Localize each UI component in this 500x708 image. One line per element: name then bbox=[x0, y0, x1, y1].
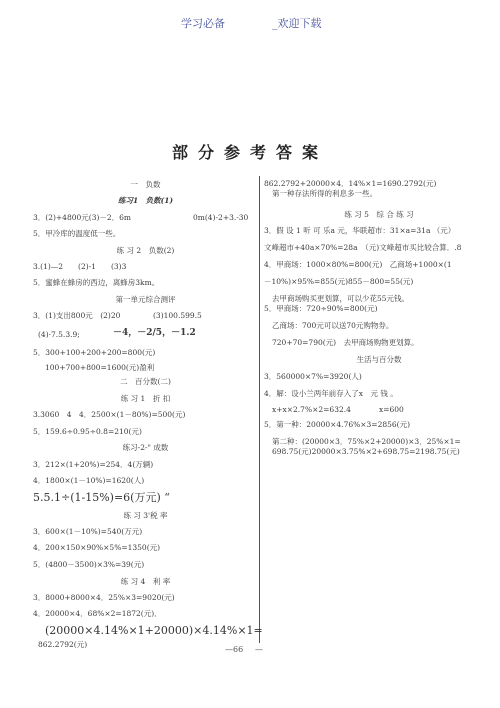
section-heading: 第一单元综合测评 bbox=[33, 295, 258, 304]
answer-line: 3．600×(1－10%)=540(万元) bbox=[33, 527, 142, 536]
answer-line: x=600 bbox=[379, 405, 404, 414]
answer-line: －10%)×95%=855(元)855－800=55(元) bbox=[264, 277, 413, 286]
answer-line: 去甲商场购买更划算，可以少花55元钱。 bbox=[272, 294, 409, 303]
page-number: —66 bbox=[225, 645, 243, 654]
answer-line: (4)·7.5.3.9; bbox=[38, 330, 80, 339]
answer-line: 862.2792+20000×4．14%×1=1690.2792(元) bbox=[264, 179, 436, 188]
header-right-text: _欢迎下载 bbox=[272, 15, 322, 31]
section-subheading: 练习1 负数(1) bbox=[33, 196, 258, 205]
answer-line: 3．假 设 1 听 可 乐a 元，华联超市：31×a=31a （元） bbox=[264, 226, 455, 235]
answer-line: 4．200×150×90%×5%=1350(元) bbox=[33, 543, 160, 552]
answer-line: 5．159.6÷0.95÷0.8=210(元) bbox=[33, 427, 142, 436]
answer-line: 4．解：设小兰两年前存入了x 元 钱 。 bbox=[264, 389, 398, 398]
answer-line: 100+700+800=1600(元)盈利 bbox=[45, 363, 154, 372]
answer-line: －4，－2/5，－1.2 bbox=[113, 328, 196, 339]
answer-line: 3.3060 4 4．2500×(1－80%)=500(元) bbox=[33, 410, 185, 419]
answer-line: 3．8000+8000×4．25%×3=9020(元) bbox=[33, 593, 175, 602]
answer-line: 5．300+100+200+200=800(元) bbox=[33, 348, 155, 357]
answer-line: 乙商场：700元可以送70元购物券。 bbox=[272, 321, 393, 330]
answer-line: 862.2792(元) bbox=[38, 640, 87, 649]
answer-line: 720+70=790(元) 去甲商场购物更划算。 bbox=[272, 338, 419, 347]
answer-line: 0m(4)-2+3.-30 bbox=[193, 213, 248, 222]
answer-line: 第一种存法所得的利息多一些。 bbox=[272, 189, 377, 198]
answer-line: 5.5.1÷(1-15%)=6(万元) “ bbox=[33, 491, 170, 504]
section-heading: 练 习 3'税 率 bbox=[33, 511, 258, 520]
section-heading: 练 习 1 折 扣 bbox=[33, 394, 258, 403]
answer-line: 5．(4800－3500)×3%=39(元) bbox=[33, 560, 144, 569]
answer-line: (3)100.599.5 bbox=[153, 311, 202, 320]
answer-line: 4．甲商场：1000×80%=800(元) 乙商场+1000×(1 bbox=[264, 260, 452, 269]
answer-line: 5．甲冷库的温度低一些。 bbox=[33, 229, 120, 238]
section-heading: 练 习 2 负数(2) bbox=[33, 246, 258, 255]
section-heading: 练习-2-" 成数 bbox=[33, 443, 258, 452]
answer-line: 3．(2)+4800元(3)－2．6m bbox=[33, 213, 131, 222]
section-heading: 练 习 5 综 合 练 习 bbox=[264, 210, 494, 219]
answer-line: 3.(1)—2 (2)-1 (3)3 bbox=[33, 262, 126, 271]
answer-line: 3．(1)支出800元 (2)20 bbox=[33, 311, 120, 320]
answer-line: 文峰超市+40a×70%=28a （元)文峰超市买比较合算．.8 bbox=[264, 243, 461, 252]
answer-line: 5．甲商场：720÷90%=800(元) bbox=[264, 304, 378, 313]
page-title: 部分参考答案 bbox=[0, 140, 500, 163]
answer-line: 3．212×(1+20%)=254．4(万辆) bbox=[33, 460, 153, 469]
page-number-dash: — bbox=[255, 645, 263, 654]
header-left-text: 学习必备 bbox=[181, 15, 225, 31]
answer-line: 第二种：(20000×3．75%×2+20000)×3．25%×1= bbox=[272, 437, 461, 446]
section-heading: 二 百分数(二) bbox=[33, 377, 258, 386]
answer-line: 5．第一种：20000×4.76%×3=2856(元) bbox=[264, 420, 410, 429]
answer-line: 698.75(元)20000×3.75%×2+698.75=2198.75(元) bbox=[272, 447, 460, 456]
answer-line: 4．20000×4．68%×2=1872(元)． bbox=[33, 609, 162, 618]
section-heading: 一 负数 bbox=[33, 180, 258, 189]
answer-line: x+x×2.7%×2=632.4 bbox=[272, 405, 351, 414]
section-heading: 练 习 4 利 率 bbox=[33, 577, 258, 586]
answer-line: (20000×4.14%×1+20000)×4.14%×1= bbox=[45, 624, 263, 637]
section-heading: 生活与百分数 bbox=[264, 355, 494, 364]
answer-line: 3．560000×7%=3920(人) bbox=[264, 372, 362, 381]
answer-line: 4．1800×(1－10%)=1620(人) bbox=[33, 476, 144, 485]
column-divider bbox=[259, 176, 260, 643]
answer-line: 5．蜜蜂在蜂房的西边，离蜂房3km。 bbox=[33, 278, 159, 287]
